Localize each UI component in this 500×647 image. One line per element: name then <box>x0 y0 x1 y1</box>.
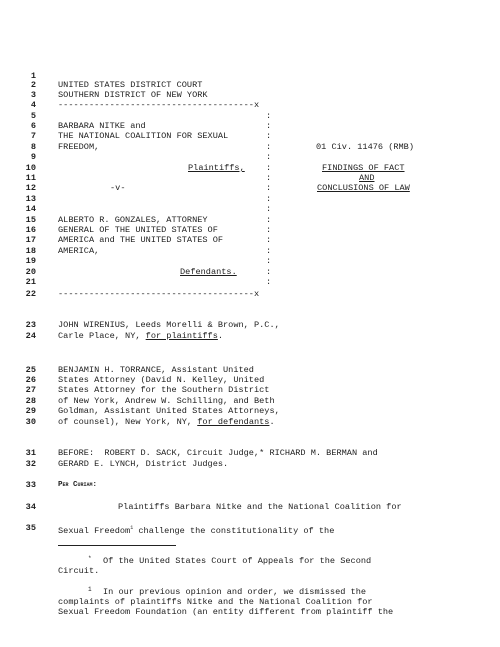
case-number: 01 Civ. 11476 (RMB) <box>316 142 414 152</box>
text: . <box>218 331 223 341</box>
line-number: 6 <box>20 121 36 131</box>
footnote-star-marker: * <box>88 554 92 564</box>
line-number: 23 <box>20 320 36 330</box>
text: challenge the constitutionality of the <box>133 526 334 536</box>
line-number: 28 <box>20 396 36 406</box>
colon: : <box>266 246 271 256</box>
plaintiffs-counsel-line1: JOHN WIRENIUS, Leeds Morelli & Brown, P.… <box>58 320 280 330</box>
colon: : <box>266 121 271 131</box>
plaintiff-line: BARBARA NITKE and <box>58 121 146 131</box>
colon: : <box>266 183 271 193</box>
line-number: 30 <box>20 417 36 427</box>
line-number: 22 <box>20 289 36 299</box>
line-number: 19 <box>20 256 36 266</box>
line-number: 13 <box>20 194 36 204</box>
document-title-line3: CONCLUSIONS OF LAW <box>317 183 410 193</box>
colon: : <box>266 131 271 141</box>
footnote-1-line1: In our previous opinion and order, we di… <box>103 587 366 597</box>
text: for plaintiffs <box>146 331 218 341</box>
per-curiam-heading: Per Curiam: <box>58 480 97 490</box>
colon: : <box>266 215 271 225</box>
footnote-1-marker: 1 <box>88 585 92 595</box>
line-number: 27 <box>20 385 36 395</box>
text: for defendants <box>197 417 269 427</box>
document-title-line2: AND <box>359 173 374 183</box>
colon: : <box>266 111 271 121</box>
text: . <box>269 417 274 427</box>
line-number: 20 <box>20 267 36 277</box>
line-number: 12 <box>20 183 36 193</box>
body-line-34: Plaintiffs Barbara Nitke and the Nationa… <box>118 502 402 512</box>
line-number: 18 <box>20 246 36 256</box>
line-number: 17 <box>20 235 36 245</box>
footnote-star-line1: Of the United States Court of Appeals fo… <box>103 556 371 566</box>
line-number: 32 <box>20 459 36 469</box>
caption-separator-top: --------------------------------------x <box>58 100 270 110</box>
line-number: 2 <box>20 80 36 90</box>
defendants-label: Defendants. <box>180 267 237 277</box>
court-name: UNITED STATES DISTRICT COURT <box>58 80 202 90</box>
line-number: 33 <box>20 480 36 490</box>
line-number: 7 <box>20 131 36 141</box>
line-number: 35 <box>20 523 36 533</box>
defendants-counsel-line: of New York, Andrew W. Schilling, and Be… <box>58 396 275 406</box>
defendant-line: AMERICA and THE UNITED STATES OF <box>58 235 223 245</box>
colon: : <box>266 142 271 152</box>
colon: : <box>266 235 271 245</box>
line-number: 4 <box>20 100 36 110</box>
line-number: 31 <box>20 448 36 458</box>
line-number: 29 <box>20 406 36 416</box>
versus: -v- <box>110 183 125 193</box>
colon: : <box>266 163 271 173</box>
footnote-star-line2: Circuit. <box>58 566 99 576</box>
text: Carle Place, NY, <box>58 331 146 341</box>
defendants-counsel-line: Goldman, Assistant United States Attorne… <box>58 406 280 416</box>
line-number: 24 <box>20 331 36 341</box>
footnote-1-line2: complaints of plaintiffs Nitke and the N… <box>58 597 373 607</box>
text: of counsel), New York, NY, <box>58 417 197 427</box>
colon: : <box>266 204 271 214</box>
text: Sexual Freedom <box>58 526 130 536</box>
defendants-counsel-last: of counsel), New York, NY, for defendant… <box>58 417 275 427</box>
defendant-line: GENERAL OF THE UNITED STATES OF <box>58 225 218 235</box>
body-line-35: Sexual Freedom1 challenge the constituti… <box>58 523 334 536</box>
colon: : <box>266 225 271 235</box>
line-number: 25 <box>20 365 36 375</box>
panel-line1: BEFORE: ROBERT D. SACK, Circuit Judge,* … <box>58 448 378 458</box>
line-number: 26 <box>20 375 36 385</box>
document-page: 1 2 3 4 5 6 7 8 9 10 11 12 13 14 15 16 1… <box>0 0 500 647</box>
defendants-counsel-line: States Attorney (David N. Kelley, United <box>58 375 264 385</box>
colon: : <box>266 267 271 277</box>
colon: : <box>266 173 271 183</box>
line-number: 21 <box>20 277 36 287</box>
colon: : <box>266 277 271 287</box>
document-title-line1: FINDINGS OF FACT <box>322 163 405 173</box>
defendants-counsel-line: States Attorney for the Southern Distric… <box>58 385 269 395</box>
defendant-line: AMERICA, <box>58 246 99 256</box>
line-number: 5 <box>20 111 36 121</box>
panel-line2: GERARD E. LYNCH, District Judges. <box>58 459 228 469</box>
line-number: 3 <box>20 90 36 100</box>
line-number: 14 <box>20 204 36 214</box>
defendant-line: ALBERTO R. GONZALES, ATTORNEY <box>58 215 208 225</box>
footnote-1-line3: Sexual Freedom Foundation (an entity dif… <box>58 607 393 617</box>
court-district: SOUTHERN DISTRICT OF NEW YORK <box>58 90 208 100</box>
colon: : <box>266 194 271 204</box>
line-number: 15 <box>20 215 36 225</box>
plaintiffs-counsel-line2: Carle Place, NY, for plaintiffs. <box>58 331 223 341</box>
line-number: 10 <box>20 163 36 173</box>
line-number: 9 <box>20 152 36 162</box>
line-number: 34 <box>20 502 36 512</box>
line-number: 8 <box>20 142 36 152</box>
colon: : <box>266 256 271 266</box>
plaintiff-line: FREEDOM, <box>58 142 99 152</box>
colon: : <box>266 152 271 162</box>
caption-separator-bottom: --------------------------------------x <box>58 289 270 299</box>
plaintiff-line: THE NATIONAL COALITION FOR SEXUAL <box>58 131 228 141</box>
footnote-divider <box>58 545 176 546</box>
plaintiffs-label: Plaintiffs, <box>188 163 245 173</box>
defendants-counsel-line: BENJAMIN H. TORRANCE, Assistant United <box>58 365 254 375</box>
line-number: 11 <box>20 173 36 183</box>
line-number: 16 <box>20 225 36 235</box>
